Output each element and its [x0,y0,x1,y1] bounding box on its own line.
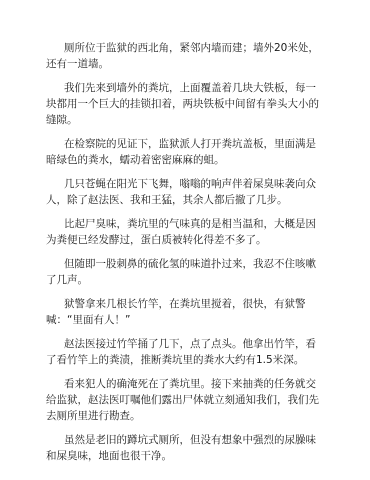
paragraph: 狱警拿来几根长竹竿，在粪坑里搅着，很快，有狱警喊：“里面有人！” [46,296,322,328]
paragraph: 厕所位于监狱的西北角，紧邻内墙而建；墙外20米处，还有一道墙。 [46,40,322,72]
paragraph: 赵法医接过竹竿捅了几下，点了点头。他拿出竹竿，看了看竹竿上的粪渍，推断粪坑里的粪… [46,336,322,368]
document-page: 厕所位于监狱的西北角，紧邻内墙而建；墙外20米处，还有一道墙。 我们先来到墙外的… [46,40,322,472]
paragraph: 虽然是老旧的蹲坑式厕所，但没有想象中强烈的尿臊味和屎臭味，地面也很干净。 [46,432,322,464]
paragraph: 在检察院的见证下，监狱派人打开粪坑盖板，里面满是暗绿色的粪水，蠕动着密密麻麻的蛆… [46,136,322,168]
paragraph: 比起尸臭味，粪坑里的气味真的是相当温和，大概是因为粪便已经发酵过，蛋白质被转化得… [46,216,322,248]
paragraph: 看来犯人的确淹死在了粪坑里。接下来抽粪的任务就交给监狱，赵法医叮嘱他们露出尸体就… [46,376,322,424]
paragraph: 但随即一股刺鼻的硫化氢的味道扑过来，我忍不住咳嗽了几声。 [46,256,322,288]
paragraph: 几只苍蝇在阳光下飞舞，嗡嗡的响声伴着屎臭味袭向众人，除了赵法医、我和王猛，其余人… [46,176,322,208]
paragraph: 我们先来到墙外的粪坑，上面覆盖着几块大铁板，每一块都用一个巨大的挂锁扣着，两块铁… [46,80,322,128]
